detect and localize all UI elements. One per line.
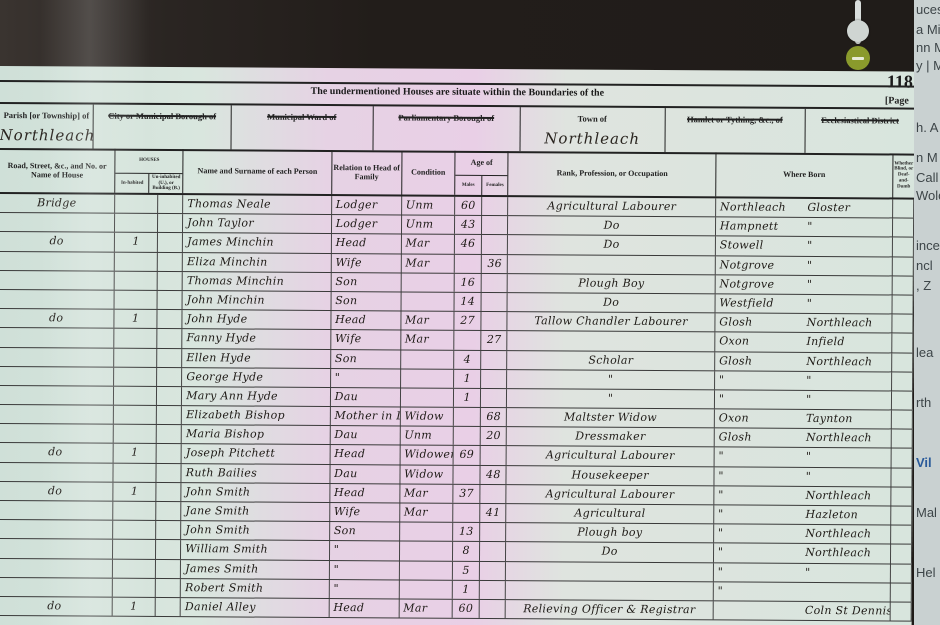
row-inhabited bbox=[114, 367, 157, 385]
row-relation: " bbox=[330, 541, 400, 560]
row-age-female bbox=[482, 274, 508, 292]
side-panel-text-fragment: uces bbox=[916, 2, 940, 17]
row-born-parish: Coln St Dennis bbox=[801, 602, 890, 621]
row-age-female bbox=[480, 562, 506, 580]
row-born-parish: Taynton bbox=[802, 410, 891, 429]
area-field-ward: Municipal Ward of bbox=[231, 105, 373, 150]
row-inhabited bbox=[115, 291, 158, 309]
row-occupation: Plough Boy bbox=[508, 274, 716, 293]
header-inhabited: In-habited bbox=[116, 174, 150, 193]
row-age-female bbox=[480, 523, 506, 541]
row-born-county: Glosh bbox=[715, 429, 802, 448]
row-road: do bbox=[0, 482, 114, 501]
row-born-parish: Northleach bbox=[801, 525, 890, 544]
row-inhabited: 1 bbox=[115, 310, 158, 328]
row-blind bbox=[892, 353, 914, 371]
row-inhabited: 1 bbox=[114, 483, 157, 501]
row-name: Daniel Alley bbox=[181, 598, 330, 617]
row-relation: Head bbox=[329, 599, 399, 618]
row-occupation: Agricultural Labourer bbox=[507, 485, 715, 504]
row-uninhabited bbox=[157, 368, 182, 386]
row-occupation: Do bbox=[508, 216, 716, 235]
row-born-county: Stowell bbox=[716, 237, 803, 256]
row-age-male: 1 bbox=[453, 581, 480, 599]
area-field-city: City or Municipal Borough of bbox=[94, 105, 231, 150]
row-occupation: " bbox=[507, 389, 715, 408]
row-born-parish: " bbox=[802, 448, 891, 467]
row-age-female bbox=[480, 542, 506, 560]
row-condition: Mar bbox=[401, 235, 455, 254]
row-blind bbox=[892, 372, 914, 390]
row-condition: Unm bbox=[400, 427, 454, 446]
row-born-county: Notgrove bbox=[715, 275, 802, 294]
row-name: William Smith bbox=[181, 540, 330, 559]
row-road bbox=[0, 578, 113, 597]
area-field-label: Hamlet or Tything, &c., of bbox=[665, 108, 804, 125]
header-occupation: Rank, Profession, or Occupation bbox=[509, 151, 717, 196]
row-name: John Hyde bbox=[183, 310, 332, 329]
header-age-label: Age of bbox=[471, 151, 493, 175]
row-uninhabited bbox=[156, 502, 181, 520]
row-uninhabited bbox=[157, 310, 182, 328]
header-males: Males bbox=[455, 176, 482, 195]
row-name: Joseph Pitchett bbox=[182, 445, 331, 464]
row-road bbox=[0, 367, 114, 386]
row-relation: Mother in Law bbox=[330, 407, 400, 426]
row-uninhabited bbox=[156, 598, 181, 616]
row-blind bbox=[890, 602, 912, 620]
row-occupation: Scholar bbox=[508, 351, 716, 370]
row-relation: Head bbox=[331, 311, 401, 330]
row-age-female bbox=[482, 312, 508, 330]
row-inhabited bbox=[114, 406, 157, 424]
row-inhabited bbox=[115, 252, 158, 270]
row-blind bbox=[893, 199, 915, 217]
row-born-parish: " bbox=[803, 295, 892, 314]
row-age-female: 68 bbox=[481, 408, 507, 426]
row-inhabited bbox=[114, 348, 157, 366]
row-condition bbox=[401, 292, 455, 311]
area-field-value: Northleach bbox=[0, 126, 93, 145]
row-born-parish bbox=[801, 583, 890, 602]
row-road: do bbox=[0, 597, 113, 616]
row-born-county: " bbox=[714, 505, 801, 524]
side-panel-text-fragment: ncl bbox=[916, 258, 933, 273]
row-born-parish: Infield bbox=[802, 333, 891, 352]
row-inhabited: 1 bbox=[115, 233, 158, 251]
row-born-parish: " bbox=[803, 256, 892, 275]
row-born-county: Hampnett bbox=[716, 218, 803, 237]
row-road bbox=[0, 328, 115, 347]
row-name: Elizabeth Bishop bbox=[182, 406, 331, 425]
row-born-parish: Gloster bbox=[803, 199, 892, 218]
row-road bbox=[0, 559, 113, 578]
row-age-female: 48 bbox=[481, 466, 507, 484]
row-occupation: Plough boy bbox=[507, 523, 715, 542]
row-born-parish: " bbox=[803, 218, 892, 237]
area-field-label: Ecclesiastical District bbox=[805, 109, 914, 126]
row-uninhabited bbox=[157, 425, 182, 443]
row-blind bbox=[892, 238, 914, 256]
row-age-male: 60 bbox=[455, 197, 482, 215]
row-born-county: Westfield bbox=[715, 294, 802, 313]
row-occupation: Maltster Widow bbox=[507, 408, 715, 427]
area-field-parish: Parish [or Township] of Northleach bbox=[0, 104, 94, 149]
row-condition: Mar bbox=[399, 599, 453, 618]
row-relation: Son bbox=[331, 292, 401, 311]
row-age-male: 37 bbox=[453, 485, 480, 503]
row-blind bbox=[891, 487, 913, 505]
row-blind bbox=[890, 583, 912, 601]
row-born-county: " bbox=[714, 486, 801, 505]
row-condition bbox=[401, 369, 455, 388]
row-relation: Head bbox=[332, 234, 402, 253]
area-field-label: Town of bbox=[520, 107, 664, 124]
row-blind bbox=[892, 334, 914, 352]
area-field-label: Parish [or Township] of bbox=[0, 104, 93, 121]
row-name: Thomas Minchin bbox=[183, 272, 332, 291]
row-relation: " bbox=[329, 580, 399, 599]
row-inhabited bbox=[113, 521, 156, 539]
row-born-parish: " bbox=[802, 468, 891, 487]
row-blind bbox=[891, 449, 913, 467]
row-inhabited: 1 bbox=[114, 444, 157, 462]
row-born-parish: Northleach bbox=[802, 429, 891, 448]
area-fields-row: Parish [or Township] of Northleach City … bbox=[0, 102, 915, 156]
row-age-female bbox=[481, 446, 507, 464]
area-field-label: City or Municipal Borough of bbox=[94, 105, 230, 122]
row-uninhabited bbox=[158, 291, 183, 309]
area-field-label: Parliamentary Borough of bbox=[373, 106, 519, 123]
area-field-ecclesiastical: Ecclesiastical District bbox=[805, 109, 915, 154]
row-age-male: 60 bbox=[453, 600, 480, 618]
header-where-born: Where Born bbox=[716, 152, 893, 197]
row-born-parish: " bbox=[802, 391, 891, 410]
row-road bbox=[0, 213, 115, 232]
side-panel-text-fragment: y | M bbox=[916, 58, 940, 73]
row-name: George Hyde bbox=[182, 368, 331, 387]
row-uninhabited bbox=[157, 387, 182, 405]
header-name: Name and Surname of each Person bbox=[184, 149, 333, 194]
row-condition: Mar bbox=[401, 254, 455, 273]
row-name: Eliza Minchin bbox=[183, 253, 332, 272]
row-condition: Mar bbox=[400, 484, 454, 503]
row-uninhabited bbox=[158, 195, 183, 213]
row-road bbox=[0, 405, 114, 424]
row-age-male bbox=[455, 254, 482, 272]
row-age-female: 20 bbox=[481, 427, 507, 445]
row-age-male: 8 bbox=[453, 542, 480, 560]
row-relation: Head bbox=[330, 484, 400, 503]
row-age-male bbox=[454, 331, 481, 349]
row-road: do bbox=[0, 232, 115, 251]
row-road bbox=[0, 539, 113, 558]
row-inhabited bbox=[113, 578, 156, 596]
row-relation: Dau bbox=[331, 388, 401, 407]
row-name: John Minchin bbox=[183, 291, 332, 310]
header-uninhabited: Un-inhabited (U.), or Building (B.) bbox=[150, 174, 183, 193]
side-panel-text-fragment: lea bbox=[916, 345, 933, 360]
row-road bbox=[0, 520, 114, 539]
row-road bbox=[0, 501, 114, 520]
row-name: Fanny Hyde bbox=[183, 329, 332, 348]
row-age-male: 4 bbox=[454, 350, 481, 368]
header-age: Age of Males Females bbox=[455, 151, 509, 195]
row-relation: Son bbox=[331, 350, 401, 369]
row-born-parish: Hazleton bbox=[801, 506, 890, 525]
row-age-female bbox=[482, 197, 508, 215]
row-relation: Lodger bbox=[332, 196, 402, 215]
zoom-out-button[interactable] bbox=[846, 46, 870, 70]
row-relation: Lodger bbox=[332, 215, 402, 234]
row-uninhabited bbox=[156, 579, 181, 597]
row-road bbox=[0, 463, 114, 482]
side-panel-text-fragment: Hel bbox=[916, 565, 936, 580]
side-panel-text-fragment: , Z bbox=[916, 278, 931, 293]
row-relation: Son bbox=[330, 522, 400, 541]
row-condition bbox=[400, 542, 454, 561]
row-inhabited bbox=[113, 540, 156, 558]
row-inhabited bbox=[115, 271, 158, 289]
row-age-male: 14 bbox=[455, 293, 482, 311]
row-born-county: " bbox=[714, 563, 801, 582]
row-age-female bbox=[480, 600, 506, 618]
row-uninhabited bbox=[157, 348, 182, 366]
row-age-male: 1 bbox=[454, 369, 481, 387]
row-name: Robert Smith bbox=[181, 579, 330, 598]
row-name: Ellen Hyde bbox=[182, 349, 331, 368]
row-occupation bbox=[508, 331, 716, 350]
row-relation: Wife bbox=[331, 330, 401, 349]
row-uninhabited bbox=[158, 233, 183, 251]
row-age-female: 36 bbox=[482, 255, 508, 273]
header-road: Road, Street, &c., and No. or Name of Ho… bbox=[0, 148, 116, 193]
row-road bbox=[0, 271, 115, 290]
row-uninhabited bbox=[157, 444, 182, 462]
row-occupation: Agricultural Labourer bbox=[509, 197, 717, 216]
row-uninhabited bbox=[158, 272, 183, 290]
row-age-female bbox=[482, 293, 508, 311]
row-occupation bbox=[508, 255, 716, 274]
census-rows: BridgeThomas NealeLodgerUnm60Agricultura… bbox=[0, 194, 914, 622]
side-panel-text-fragment: ince bbox=[916, 238, 940, 253]
row-name: Maria Bishop bbox=[182, 425, 331, 444]
row-uninhabited bbox=[158, 253, 183, 271]
row-occupation: Do bbox=[506, 542, 714, 561]
row-born-county: " bbox=[714, 525, 801, 544]
row-condition bbox=[401, 273, 455, 292]
row-inhabited bbox=[115, 329, 158, 347]
side-panel-text-fragment: nn M bbox=[916, 40, 940, 55]
row-age-female bbox=[481, 350, 507, 368]
row-age-male: 27 bbox=[454, 312, 481, 330]
row-occupation: Relieving Officer & Registrar bbox=[506, 600, 714, 619]
row-relation: Dau bbox=[330, 465, 400, 484]
row-born-county: Oxon bbox=[715, 333, 802, 352]
row-condition: Mar bbox=[401, 312, 455, 331]
row-relation: Wife bbox=[331, 254, 401, 273]
row-age-male: 5 bbox=[453, 561, 480, 579]
row-blind bbox=[891, 468, 913, 486]
row-blind bbox=[891, 411, 913, 429]
row-road: do bbox=[0, 443, 114, 462]
row-blind bbox=[892, 315, 914, 333]
row-name: John Smith bbox=[181, 521, 330, 540]
page-tag: [Page bbox=[885, 95, 909, 106]
row-age-female: 27 bbox=[482, 331, 508, 349]
row-born-county: Glosh bbox=[715, 313, 802, 332]
header-condition: Condition bbox=[402, 150, 456, 194]
area-field-parliamentary: Parliamentary Borough of bbox=[373, 106, 520, 151]
row-name: John Taylor bbox=[183, 214, 332, 233]
row-occupation: Do bbox=[508, 293, 716, 312]
row-blind bbox=[891, 506, 913, 524]
row-age-male: 69 bbox=[454, 446, 481, 464]
header-houses: HOUSES In-habited Un-inhabited (U.), or … bbox=[116, 149, 184, 193]
row-relation: Wife bbox=[330, 503, 400, 522]
row-age-female bbox=[480, 581, 506, 599]
row-occupation: Housekeeper bbox=[507, 466, 715, 485]
area-field-label: Municipal Ward of bbox=[231, 105, 372, 122]
row-blind bbox=[892, 257, 914, 275]
row-born-county: " bbox=[714, 582, 801, 601]
side-panel: ucesa Minn My | Mh. An MCallWolcincencl,… bbox=[914, 0, 940, 625]
side-panel-text-fragment: h. A bbox=[916, 120, 938, 135]
row-condition bbox=[399, 580, 453, 599]
row-inhabited bbox=[114, 502, 157, 520]
row-condition bbox=[401, 350, 455, 369]
header-houses-label: HOUSES bbox=[139, 149, 159, 173]
row-blind bbox=[892, 295, 914, 313]
row-uninhabited bbox=[156, 483, 181, 501]
row-age-female bbox=[482, 216, 508, 234]
census-image-viewer[interactable]: 118 The undermentioned Houses are situat… bbox=[0, 66, 915, 625]
row-occupation: Do bbox=[508, 235, 716, 254]
row-inhabited bbox=[115, 214, 158, 232]
row-uninhabited bbox=[156, 540, 181, 558]
row-born-county: " bbox=[715, 371, 802, 390]
row-age-male: 13 bbox=[453, 523, 480, 541]
row-age-male: 46 bbox=[455, 235, 482, 253]
zoom-slider[interactable] bbox=[846, 0, 870, 70]
row-condition: Mar bbox=[400, 503, 454, 522]
side-panel-text-fragment: rth bbox=[916, 395, 931, 410]
row-age-female bbox=[481, 389, 507, 407]
row-inhabited bbox=[113, 559, 156, 577]
side-panel-text-fragment[interactable]: Vil bbox=[916, 455, 932, 470]
row-born-county: Glosh bbox=[715, 352, 802, 371]
row-inhabited: 1 bbox=[113, 598, 156, 616]
row-blind bbox=[891, 545, 913, 563]
row-inhabited bbox=[115, 195, 158, 213]
row-name: Thomas Neale bbox=[183, 195, 332, 214]
row-age-male: 43 bbox=[455, 216, 482, 234]
side-panel-text-fragment: Mal bbox=[916, 505, 937, 520]
row-condition: Unm bbox=[402, 196, 456, 215]
row-road: Bridge bbox=[0, 194, 116, 213]
area-field-town: Town of Northleach bbox=[520, 107, 665, 152]
row-condition: Unm bbox=[402, 216, 456, 235]
row-relation: Dau bbox=[330, 426, 400, 445]
row-name: James Minchin bbox=[183, 233, 332, 252]
row-road bbox=[0, 347, 115, 366]
row-age-female bbox=[482, 235, 508, 253]
row-road bbox=[0, 290, 115, 309]
row-born-parish: Northleach bbox=[801, 544, 890, 563]
row-born-parish: " bbox=[802, 372, 891, 391]
row-relation: " bbox=[330, 561, 400, 580]
row-relation: " bbox=[331, 369, 401, 388]
zoom-slider-handle[interactable] bbox=[847, 20, 869, 42]
row-born-county: " bbox=[715, 390, 802, 409]
row-blind bbox=[891, 526, 913, 544]
row-condition bbox=[401, 388, 455, 407]
row-age-female bbox=[481, 485, 507, 503]
row-age-male: 16 bbox=[455, 274, 482, 292]
row-born-parish: " bbox=[803, 237, 892, 256]
row-blind bbox=[891, 391, 913, 409]
row-born-parish: Northleach bbox=[802, 487, 891, 506]
row-inhabited bbox=[114, 387, 157, 405]
row-uninhabited bbox=[158, 214, 183, 232]
row-road bbox=[0, 252, 115, 271]
row-name: Mary Ann Hyde bbox=[182, 387, 331, 406]
row-occupation: Tallow Chandler Labourer bbox=[508, 312, 716, 331]
row-occupation: Dressmaker bbox=[507, 427, 715, 446]
row-age-male bbox=[454, 465, 481, 483]
row-age-male bbox=[453, 504, 480, 522]
row-uninhabited bbox=[156, 464, 181, 482]
row-uninhabited bbox=[156, 560, 181, 578]
row-age-male: 1 bbox=[454, 389, 481, 407]
row-road bbox=[0, 386, 114, 405]
row-inhabited bbox=[114, 463, 157, 481]
row-age-female bbox=[481, 370, 507, 388]
row-condition: Widower bbox=[400, 446, 454, 465]
row-occupation: " bbox=[507, 370, 715, 389]
row-age-female: 41 bbox=[480, 504, 506, 522]
header-relation: Relation to Head of Family bbox=[332, 150, 402, 194]
row-blind bbox=[893, 219, 915, 237]
row-born-county: " bbox=[714, 467, 801, 486]
row-condition: Mar bbox=[401, 331, 455, 350]
row-born-county: Northleach bbox=[716, 198, 803, 217]
row-blind bbox=[890, 564, 912, 582]
row-born-county: Oxon bbox=[715, 409, 802, 428]
row-born-county: Notgrove bbox=[716, 256, 803, 275]
row-blind bbox=[891, 430, 913, 448]
row-born-county: " bbox=[714, 448, 801, 467]
row-condition: Widow bbox=[400, 408, 454, 427]
side-panel-text-fragment: Call bbox=[916, 170, 938, 185]
row-born-parish: " bbox=[801, 563, 890, 582]
row-born-parish: " bbox=[803, 276, 892, 295]
row-name: John Smith bbox=[182, 483, 331, 502]
row-age-male bbox=[454, 408, 481, 426]
row-name: James Smith bbox=[181, 560, 330, 579]
row-condition: Widow bbox=[400, 465, 454, 484]
side-panel-text-fragment: Wolc bbox=[916, 188, 940, 203]
row-age-male bbox=[454, 427, 481, 445]
row-uninhabited bbox=[157, 406, 182, 424]
side-panel-text-fragment: n M bbox=[916, 150, 938, 165]
row-occupation: Agricultural Labourer bbox=[507, 447, 715, 466]
row-uninhabited bbox=[157, 329, 182, 347]
row-inhabited bbox=[114, 425, 157, 443]
row-born-county bbox=[714, 601, 801, 620]
row-road: do bbox=[0, 309, 115, 328]
side-panel-text-fragment: a Mi bbox=[916, 22, 940, 37]
